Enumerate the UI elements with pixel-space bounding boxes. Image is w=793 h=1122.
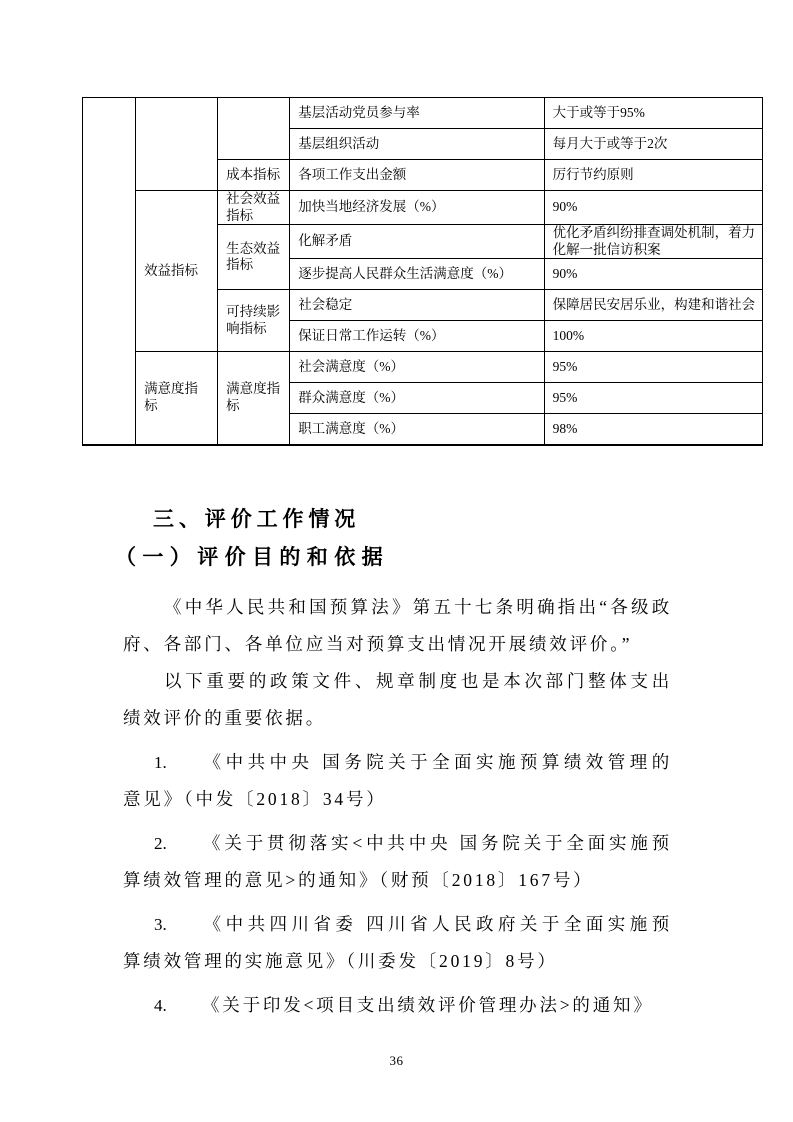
table-cell-subgroup-sustainable: 可持续影响指标: [218, 290, 290, 352]
table-cell-indicator: 基层活动党员参与率: [290, 98, 544, 129]
paragraph-line: 以下重要的政策文件、规章制度也是本次部门整体支出: [123, 663, 672, 700]
list-item-text: 《关于贯彻落实<中共中央 国务院关于全面实施预: [202, 833, 672, 853]
table-cell-subgroup-cost: 成本指标: [218, 160, 290, 191]
indicator-table: 基层活动党员参与率 大于或等于95% 基层组织活动 每月大于或等于2次 成本指标…: [82, 97, 763, 446]
table-cell-indicator: 化解矛盾: [290, 225, 544, 259]
list-item-line: 算绩效管理的意见>的通知》（财预〔2018〕167号）: [123, 862, 672, 899]
paragraph: 《中华人民共和国预算法》第五十七条明确指出“各级政 府、各部门、各单位应当对预算…: [123, 589, 672, 663]
table-cell-target: 每月大于或等于2次: [544, 129, 762, 160]
table-cell-indicator: 职工满意度（%）: [290, 414, 544, 445]
table-cell-indicator: 基层组织活动: [290, 129, 544, 160]
table-row: 基层活动党员参与率 大于或等于95%: [83, 98, 763, 129]
list-item-number: 4.: [154, 987, 202, 1024]
list-item-line: 3.《中共四川省委 四川省人民政府关于全面实施预: [123, 906, 672, 943]
list-item: 3.《中共四川省委 四川省人民政府关于全面实施预 算绩效管理的实施意见》（川委发…: [123, 906, 672, 980]
table-cell-target: 100%: [544, 321, 762, 352]
table-cell-target: 90%: [544, 259, 762, 290]
list-item: 2.《关于贯彻落实<中共中央 国务院关于全面实施预 算绩效管理的意见>的通知》（…: [123, 825, 672, 899]
table-cell-target: 95%: [544, 383, 762, 414]
list-item-text: 《关于印发<项目支出绩效评价管理办法>的通知》: [202, 995, 654, 1015]
table-cell-target: 98%: [544, 414, 762, 445]
table-cell-indicator: 各项工作支出金额: [290, 160, 544, 191]
paragraph-line: 《中华人民共和国预算法》第五十七条明确指出“各级政: [123, 589, 672, 626]
paragraph-line: 府、各部门、各单位应当对预算支出情况开展绩效评价。”: [123, 626, 672, 663]
body-column: 三、评价工作情况 （一）评价目的和依据 《中华人民共和国预算法》第五十七条明确指…: [123, 505, 672, 1024]
subsection-heading: （一）评价目的和依据: [115, 542, 672, 572]
table-row: 效益指标 社会效益指标 加快当地经济发展（%） 90%: [83, 191, 763, 225]
list-item-line: 1.《中共中央 国务院关于全面实施预算绩效管理的: [123, 744, 672, 781]
list-item-line: 4.《关于印发<项目支出绩效评价管理办法>的通知》: [123, 987, 672, 1024]
section-heading: 三、评价工作情况: [123, 505, 672, 535]
document-page: { "colors": {"text": "#000000", "table_b…: [0, 0, 793, 1122]
list-item-number: 2.: [154, 825, 202, 862]
table-cell-target: 95%: [544, 352, 762, 383]
table-cell-target: 优化矛盾纠纷排查调处机制，着力化解一批信访积案: [544, 225, 762, 259]
list-item-line: 算绩效管理的实施意见》（川委发〔2019〕8号）: [123, 943, 672, 980]
table-cell-subgroup-social-benefit: 社会效益指标: [218, 191, 290, 225]
table-cell-indicator: 社会稳定: [290, 290, 544, 321]
table-cell-group-empty: [136, 98, 218, 191]
table-cell-target: 大于或等于95%: [544, 98, 762, 129]
list-item-text: 《中共四川省委 四川省人民政府关于全面实施预: [202, 914, 672, 934]
list-item: 1.《中共中央 国务院关于全面实施预算绩效管理的 意见》（中发〔2018〕34号…: [123, 744, 672, 818]
list-item-line: 意见》（中发〔2018〕34号）: [123, 781, 672, 818]
table-cell-subgroup-empty: [218, 98, 290, 160]
list-item-text: 《中共中央 国务院关于全面实施预算绩效管理的: [202, 752, 672, 772]
table-row: 满意度指标 满意度指标 社会满意度（%） 95%: [83, 352, 763, 383]
table-cell-level1-empty: [83, 98, 136, 445]
page-number: 36: [0, 1053, 793, 1069]
table-cell-target: 保障居民安居乐业，构建和谐社会: [544, 290, 762, 321]
paragraph: 以下重要的政策文件、规章制度也是本次部门整体支出 绩效评价的重要依据。: [123, 663, 672, 737]
table-cell-subgroup-eco-benefit: 生态效益指标: [218, 225, 290, 290]
paragraph-line: 绩效评价的重要依据。: [123, 700, 672, 737]
table-cell-group-benefit: 效益指标: [136, 191, 218, 352]
table-cell-subgroup-satisfaction: 满意度指标: [218, 352, 290, 445]
table-cell-indicator: 保证日常工作运转（%）: [290, 321, 544, 352]
table-cell-indicator: 加快当地经济发展（%）: [290, 191, 544, 225]
list-item: 4.《关于印发<项目支出绩效评价管理办法>的通知》: [123, 987, 672, 1024]
table-cell-indicator: 逐步提高人民群众生活满意度（%）: [290, 259, 544, 290]
table-cell-group-satisfaction: 满意度指标: [136, 352, 218, 445]
table-cell-indicator: 社会满意度（%）: [290, 352, 544, 383]
table-cell-indicator: 群众满意度（%）: [290, 383, 544, 414]
table-cell-target: 厉行节约原则: [544, 160, 762, 191]
list-item-number: 1.: [154, 744, 202, 781]
list-item-number: 3.: [154, 906, 202, 943]
list-item-line: 2.《关于贯彻落实<中共中央 国务院关于全面实施预: [123, 825, 672, 862]
table-cell-target: 90%: [544, 191, 762, 225]
